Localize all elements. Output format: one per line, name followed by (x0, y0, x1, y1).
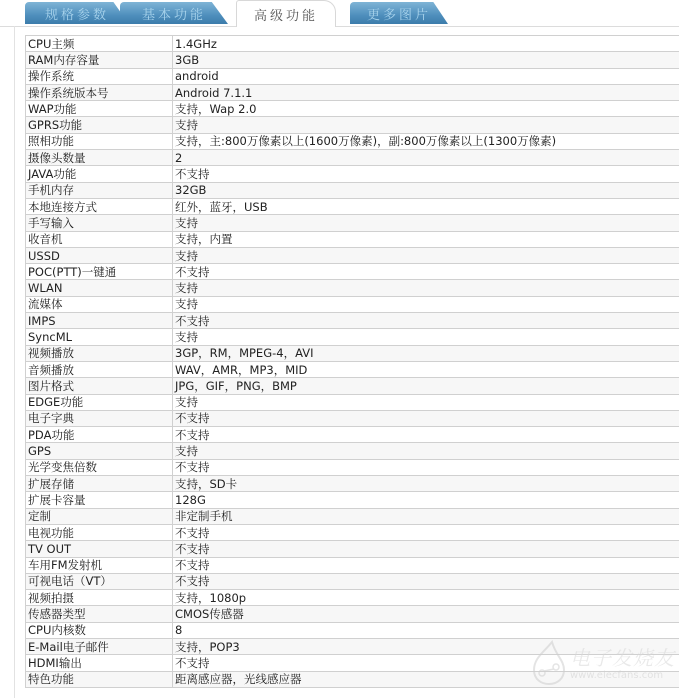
table-row: POC(PTT)一键通不支持 (26, 264, 679, 280)
table-row: 操作系统版本号Android 7.1.1 (26, 84, 679, 100)
spec-value: 支持，SD卡 (173, 476, 679, 492)
spec-key: 传感器类型 (26, 606, 173, 622)
table-row: RAM内存容量3GB (26, 52, 679, 68)
spec-key: IMPS (26, 313, 173, 329)
spec-key: 电视功能 (26, 524, 173, 540)
spec-key: 光学变焦倍数 (26, 459, 173, 475)
table-row: CPU主频1.4GHz (26, 36, 679, 52)
spec-value: 1.4GHz (173, 36, 679, 52)
spec-value: 8 (173, 622, 679, 638)
spec-key: E-Mail电子邮件 (26, 638, 173, 654)
table-row: 流媒体支持 (26, 296, 679, 312)
spec-key: 操作系统版本号 (26, 84, 173, 100)
spec-key: WAP功能 (26, 101, 173, 117)
table-row: SyncML支持 (26, 329, 679, 345)
spec-value: 3GB (173, 52, 679, 68)
spec-value: 不支持 (173, 166, 679, 182)
spec-value: 不支持 (173, 524, 679, 540)
watermark-brand: 电子发烧友 (570, 642, 675, 671)
spec-key: POC(PTT)一键通 (26, 264, 173, 280)
table-row: 摄像头数量2 (26, 150, 679, 166)
spec-value: 不支持 (173, 313, 679, 329)
spec-key: WLAN (26, 280, 173, 296)
tab-bar: 规格参数 基本功能 高级功能 更多图片 (0, 0, 679, 27)
table-row: GPS支持 (26, 443, 679, 459)
spec-key: RAM内存容量 (26, 52, 173, 68)
spec-value: 32GB (173, 182, 679, 198)
spec-value: 不支持 (173, 427, 679, 443)
table-row: 照相功能支持，主:800万像素以上(1600万像素)，副:800万像素以上(13… (26, 133, 679, 149)
spec-value: 不支持 (173, 573, 679, 589)
spec-value: 3GP，RM，MPEG-4，AVI (173, 345, 679, 361)
table-row: IMPS不支持 (26, 313, 679, 329)
tab-more-images[interactable]: 更多图片 (350, 2, 448, 24)
tab-specs[interactable]: 规格参数 (25, 2, 129, 24)
spec-key: TV OUT (26, 541, 173, 557)
table-row: 传感器类型CMOS传感器 (26, 606, 679, 622)
watermark: 电子发烧友 www.elecfans.com (530, 640, 679, 690)
tab-basic-functions[interactable]: 基本功能 (120, 2, 228, 24)
spec-key: 本地连接方式 (26, 198, 173, 214)
spec-value: android (173, 68, 679, 84)
spec-key: 扩展卡容量 (26, 492, 173, 508)
table-row: 操作系统android (26, 68, 679, 84)
spec-key: 操作系统 (26, 68, 173, 84)
spec-key: 定制 (26, 508, 173, 524)
spec-key: 扩展存储 (26, 476, 173, 492)
table-row: 扩展存储支持，SD卡 (26, 476, 679, 492)
spec-key: GPRS功能 (26, 117, 173, 133)
table-row: 视频播放3GP，RM，MPEG-4，AVI (26, 345, 679, 361)
table-row: 音频播放WAV，AMR，MP3，MID (26, 361, 679, 377)
spec-key: SyncML (26, 329, 173, 345)
spec-value: 支持 (173, 296, 679, 312)
spec-key: USSD (26, 247, 173, 263)
spec-key: 流媒体 (26, 296, 173, 312)
table-row: TV OUT不支持 (26, 541, 679, 557)
spec-value: 红外，蓝牙，USB (173, 198, 679, 214)
spec-value: 支持 (173, 247, 679, 263)
spec-value: 支持 (173, 117, 679, 133)
table-row: 可视电话（VT）不支持 (26, 573, 679, 589)
spec-key: 可视电话（VT） (26, 573, 173, 589)
spec-value: WAV，AMR，MP3，MID (173, 361, 679, 377)
table-row: EDGE功能支持 (26, 394, 679, 410)
table-row: 图片格式JPG，GIF，PNG，BMP (26, 378, 679, 394)
spec-key: 手写输入 (26, 215, 173, 231)
spec-key: 收音机 (26, 231, 173, 247)
spec-value: 支持 (173, 443, 679, 459)
spec-value: 支持，1080p (173, 590, 679, 606)
spec-key: HDMI输出 (26, 655, 173, 671)
spec-value: 不支持 (173, 264, 679, 280)
table-row: JAVA功能不支持 (26, 166, 679, 182)
spec-value: 非定制手机 (173, 508, 679, 524)
spec-key: 音频播放 (26, 361, 173, 377)
spec-value: 不支持 (173, 541, 679, 557)
spec-value: 支持 (173, 329, 679, 345)
spec-value: 支持，Wap 2.0 (173, 101, 679, 117)
spec-value: 支持，主:800万像素以上(1600万像素)，副:800万像素以上(1300万像… (173, 133, 679, 149)
table-row: 手写输入支持 (26, 215, 679, 231)
table-row: 定制非定制手机 (26, 508, 679, 524)
spec-key: JAVA功能 (26, 166, 173, 182)
spec-key: 照相功能 (26, 133, 173, 149)
tab-advanced-functions[interactable]: 高级功能 (236, 0, 336, 27)
spec-key: 车用FM发射机 (26, 557, 173, 573)
table-row: USSD支持 (26, 247, 679, 263)
spec-value: 不支持 (173, 557, 679, 573)
spec-key: 图片格式 (26, 378, 173, 394)
table-row: PDA功能不支持 (26, 427, 679, 443)
spec-value: 支持 (173, 280, 679, 296)
table-row: 视频拍摄支持，1080p (26, 590, 679, 606)
spec-key: 电子字典 (26, 410, 173, 426)
spec-value: Android 7.1.1 (173, 84, 679, 100)
spec-value: JPG，GIF，PNG，BMP (173, 378, 679, 394)
spec-value: 支持 (173, 394, 679, 410)
spec-key: EDGE功能 (26, 394, 173, 410)
table-row: WLAN支持 (26, 280, 679, 296)
table-row: CPU内核数8 (26, 622, 679, 638)
spec-value: CMOS传感器 (173, 606, 679, 622)
table-row: 手机内存32GB (26, 182, 679, 198)
table-row: 本地连接方式红外，蓝牙，USB (26, 198, 679, 214)
table-row: 扩展卡容量128G (26, 492, 679, 508)
spec-value: 128G (173, 492, 679, 508)
spec-key: GPS (26, 443, 173, 459)
spec-key: CPU内核数 (26, 622, 173, 638)
table-row: GPRS功能支持 (26, 117, 679, 133)
spec-value: 支持，内置 (173, 231, 679, 247)
spec-key: CPU主频 (26, 36, 173, 52)
watermark-url: www.elecfans.com (570, 670, 663, 681)
table-row: WAP功能支持，Wap 2.0 (26, 101, 679, 117)
spec-value: 支持 (173, 215, 679, 231)
table-row: 收音机支持，内置 (26, 231, 679, 247)
spec-key: 手机内存 (26, 182, 173, 198)
spec-key: 视频播放 (26, 345, 173, 361)
table-row: 电视功能不支持 (26, 524, 679, 540)
spec-key: PDA功能 (26, 427, 173, 443)
table-row: 电子字典不支持 (26, 410, 679, 426)
spec-key: 视频拍摄 (26, 590, 173, 606)
spec-value: 不支持 (173, 459, 679, 475)
table-row: 车用FM发射机不支持 (26, 557, 679, 573)
table-row: 光学变焦倍数不支持 (26, 459, 679, 475)
spec-table: CPU主频1.4GHzRAM内存容量3GB操作系统android操作系统版本号A… (25, 35, 679, 688)
spec-value: 不支持 (173, 410, 679, 426)
spec-value: 2 (173, 150, 679, 166)
spec-key: 特色功能 (26, 671, 173, 687)
elecfans-logo-icon (530, 640, 568, 686)
spec-key: 摄像头数量 (26, 150, 173, 166)
